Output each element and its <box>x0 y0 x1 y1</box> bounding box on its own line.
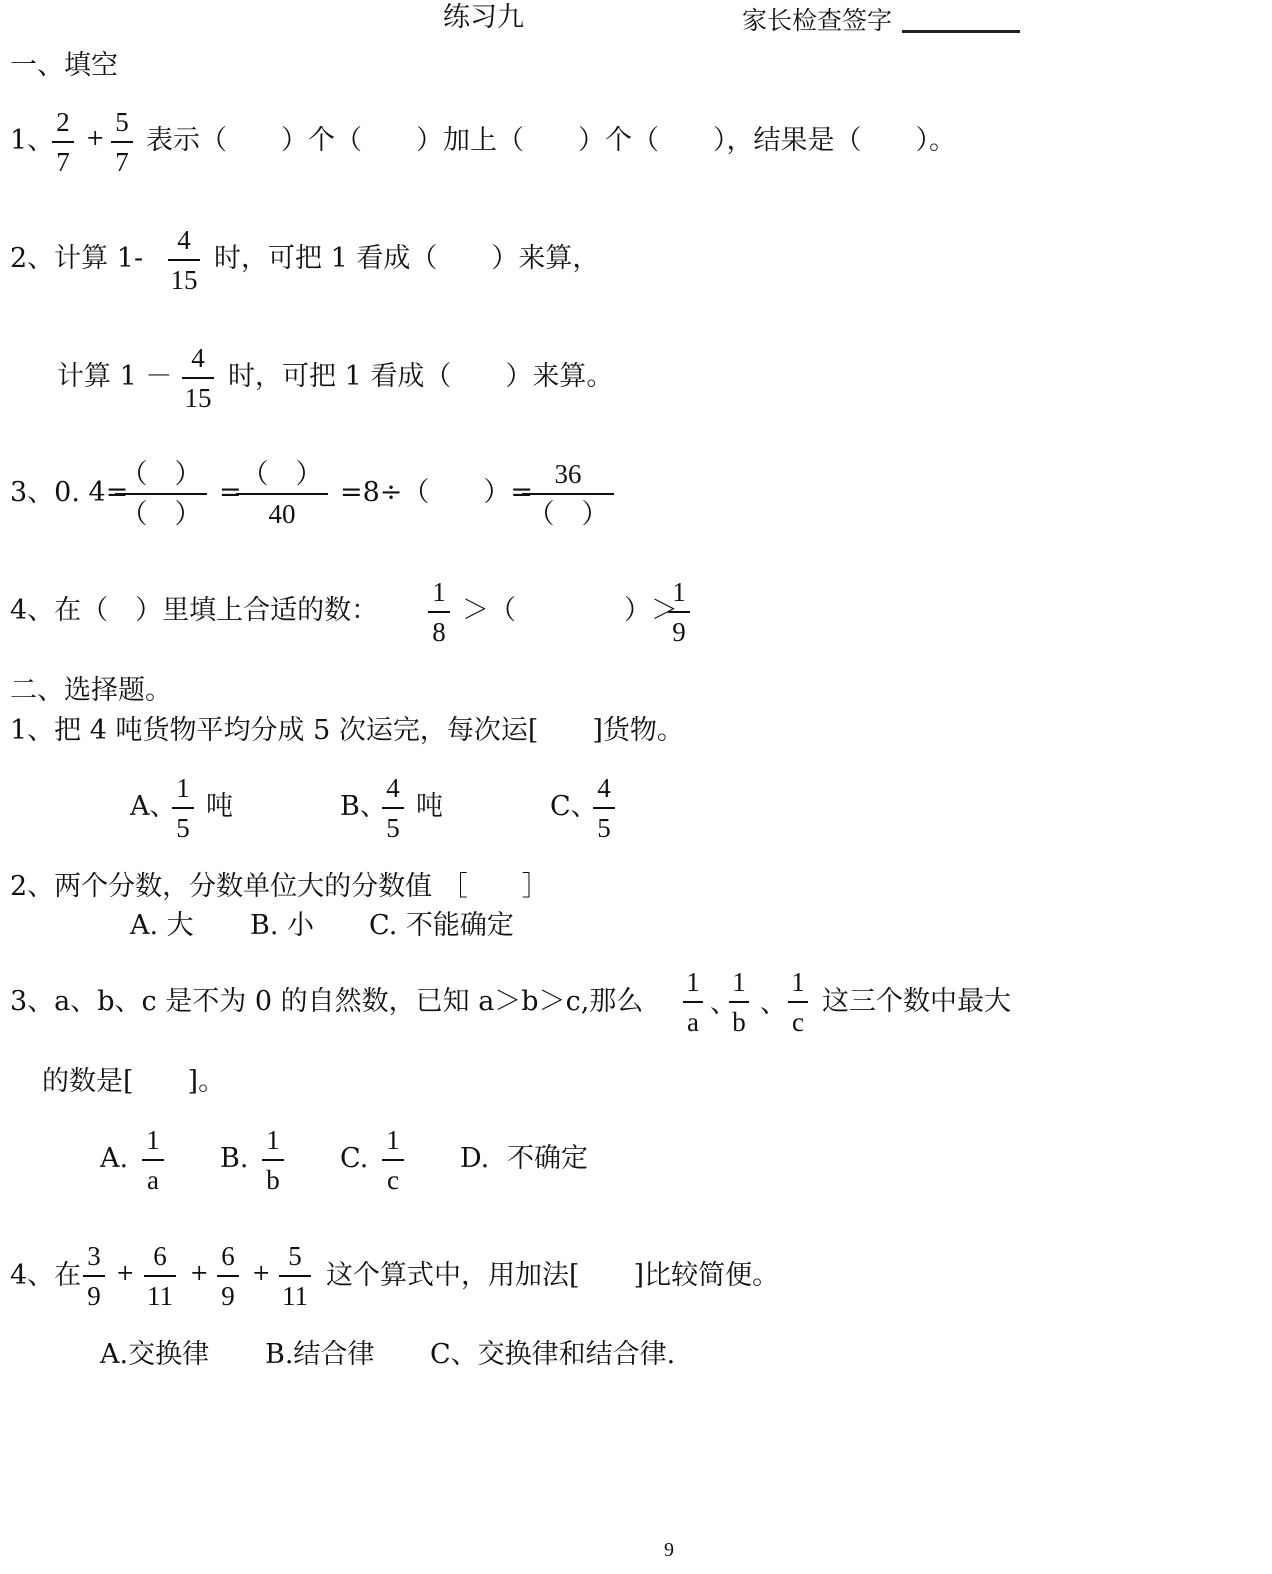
denominator: 9 <box>221 1280 235 1312</box>
option-unit: 吨 <box>416 793 443 820</box>
denominator: c <box>792 1006 804 1038</box>
numerator: 2 <box>56 106 70 138</box>
numerator: 1 <box>672 576 686 608</box>
fraction: 6 9 <box>217 1240 239 1312</box>
question-number: 1、 <box>10 127 54 154</box>
fraction-blank: （ ） （ ） <box>115 458 207 530</box>
comparison-blank: ＞（ ）＞ <box>462 597 678 624</box>
fraction: 36 （ ） <box>522 458 614 530</box>
option-label[interactable]: B. <box>220 1145 248 1172</box>
fraction: 1 a <box>683 966 703 1038</box>
fraction-bar <box>382 1159 404 1161</box>
page-number: 9 <box>664 1540 674 1560</box>
question-text-prefix: 3、0. 4= <box>10 479 128 506</box>
option-b[interactable]: B.结合律 <box>265 1341 374 1368</box>
option-fraction: 4 5 <box>382 772 404 844</box>
question-text-prefix: 计算 1 － <box>57 363 172 390</box>
denominator: 11 <box>147 1280 173 1312</box>
question-text: 2、两个分数，分数单位大的分数值 ［ ］ <box>10 873 549 900</box>
signature-line[interactable] <box>902 30 1020 33</box>
option-unit: 吨 <box>206 793 233 820</box>
numerator: 1 <box>732 966 746 998</box>
fraction-bar <box>142 1159 164 1161</box>
question-text: 3、a、b、c 是不为 0 的自然数，已知 a＞b＞c,那么 <box>10 988 643 1015</box>
denominator: 9 <box>672 616 686 648</box>
question-text-line2: 的数是[ ]。 <box>42 1068 225 1095</box>
fraction-bar <box>262 1159 284 1161</box>
fraction: 2 7 <box>52 106 74 178</box>
question-text: 时，可把 1 看成（ ）来算， <box>214 245 599 272</box>
fraction: 5 7 <box>111 106 133 178</box>
fraction-bar <box>683 1001 703 1003</box>
numerator: 4 <box>597 772 611 804</box>
numerator: 36 <box>555 458 582 490</box>
fraction: 1 9 <box>668 576 690 648</box>
numerator: 1 <box>266 1124 280 1156</box>
numerator: 4 <box>191 342 205 374</box>
numerator: 3 <box>87 1240 101 1272</box>
numerator: 5 <box>288 1240 302 1272</box>
denominator: 8 <box>432 616 446 648</box>
denominator: 11 <box>282 1280 308 1312</box>
denominator: 7 <box>115 146 129 178</box>
fraction: 6 11 <box>144 1240 176 1312</box>
option-label[interactable]: D. <box>460 1145 489 1172</box>
fraction: 5 11 <box>279 1240 311 1312</box>
denominator: 5 <box>386 812 400 844</box>
separator: 、 <box>760 990 787 1017</box>
denominator-blank[interactable]: （ ） <box>528 498 609 530</box>
fraction-bar <box>382 807 404 809</box>
denominator: 7 <box>56 146 70 178</box>
numerator: 6 <box>221 1240 235 1272</box>
fraction-bar <box>788 1001 808 1003</box>
question-text: 表示（ ）个（ ）加上（ ）个（ ），结果是（ ）。 <box>146 127 956 154</box>
section-heading-fill-blank: 一、填空 <box>10 52 118 79</box>
signature-label: 家长检查签字 <box>742 8 892 33</box>
option-label[interactable]: A、 <box>130 793 177 820</box>
question-text: 4、在（ ）里填上合适的数： <box>10 597 378 624</box>
denominator: 15 <box>185 382 212 414</box>
denominator: c <box>387 1164 399 1196</box>
fraction-bar <box>115 493 207 495</box>
option-fraction: 1 b <box>262 1124 284 1196</box>
numerator: 5 <box>115 106 129 138</box>
fraction: 4 15 <box>182 342 214 414</box>
section-heading-multiple-choice: 二、选择题。 <box>10 677 172 704</box>
denominator: 9 <box>87 1280 101 1312</box>
numerator: 6 <box>153 1240 167 1272</box>
question-text: 时，可把 1 看成（ ）来算。 <box>228 363 613 390</box>
numerator: 1 <box>686 966 700 998</box>
question-text-prefix: 4、在 <box>10 1262 81 1289</box>
denominator: b <box>732 1006 746 1038</box>
option-a[interactable]: A.交换律 <box>100 1341 209 1368</box>
option-fraction: 1 5 <box>172 772 194 844</box>
denominator: a <box>147 1164 159 1196</box>
option-text: 不确定 <box>507 1145 588 1172</box>
fraction-bar <box>182 377 214 379</box>
option-label[interactable]: B、 <box>340 793 387 820</box>
numerator: 1 <box>176 772 190 804</box>
fraction: 1 8 <box>428 576 450 648</box>
denominator: b <box>266 1164 280 1196</box>
fraction-bar <box>52 141 74 143</box>
plus-sign: + <box>190 1263 208 1285</box>
denominator: 15 <box>171 264 198 296</box>
numerator-blank[interactable]: （ ） <box>121 458 202 490</box>
fraction: 1 b <box>729 966 749 1038</box>
fraction-bar <box>522 493 614 495</box>
fraction-bar <box>428 611 450 613</box>
option-c[interactable]: C、交换律和结合律. <box>430 1341 675 1368</box>
numerator: 1 <box>386 1124 400 1156</box>
plus-sign: + <box>116 1263 134 1285</box>
option-fraction: 4 5 <box>593 772 615 844</box>
option-fraction: 1 a <box>142 1124 164 1196</box>
fraction-bar <box>236 493 328 495</box>
numerator: 4 <box>386 772 400 804</box>
fraction: 4 15 <box>168 224 200 296</box>
numerator-blank[interactable]: （ ） <box>242 458 323 490</box>
denominator: 5 <box>176 812 190 844</box>
numerator: 1 <box>146 1124 160 1156</box>
denominator: 40 <box>269 498 296 530</box>
option-b[interactable]: B. 小 <box>250 912 314 939</box>
fraction-bar <box>668 611 690 613</box>
plus-sign: + <box>86 128 104 150</box>
fraction-bar <box>279 1275 311 1277</box>
fraction-bar <box>217 1275 239 1277</box>
denominator: a <box>687 1006 699 1038</box>
option-fraction: 1 c <box>382 1124 404 1196</box>
plus-sign: + <box>252 1263 270 1285</box>
question-text: 这个算式中，用加法[ ]比较简便。 <box>326 1262 779 1289</box>
fraction-bar <box>168 259 200 261</box>
fraction-bar <box>729 1001 749 1003</box>
question-text-prefix: 2、计算 1- <box>10 245 143 272</box>
option-label[interactable]: C. <box>340 1145 368 1172</box>
fraction-bar <box>83 1275 105 1277</box>
denominator-blank[interactable]: （ ） <box>121 498 202 530</box>
option-c[interactable]: C. 不能确定 <box>369 912 514 939</box>
fraction: 1 c <box>788 966 808 1038</box>
option-label[interactable]: A. <box>100 1145 128 1172</box>
option-a[interactable]: A. 大 <box>130 912 194 939</box>
fraction: （ ） 40 <box>236 458 328 530</box>
fraction-bar <box>593 807 615 809</box>
fraction-bar <box>111 141 133 143</box>
question-text: 1、把 4 吨货物平均分成 5 次运完，每次运[ ]货物。 <box>10 717 684 744</box>
fraction-bar <box>144 1275 176 1277</box>
fraction: 3 9 <box>83 1240 105 1312</box>
option-label[interactable]: C、 <box>550 793 598 820</box>
numerator: 1 <box>791 966 805 998</box>
denominator: 5 <box>597 812 611 844</box>
question-text-middle: =8÷（ ）= <box>340 479 533 506</box>
fraction-bar <box>172 807 194 809</box>
numerator: 4 <box>177 224 191 256</box>
question-text-tail: 这三个数中最大 <box>822 988 1011 1015</box>
page-title: 练习九 <box>443 4 524 31</box>
numerator: 1 <box>432 576 446 608</box>
